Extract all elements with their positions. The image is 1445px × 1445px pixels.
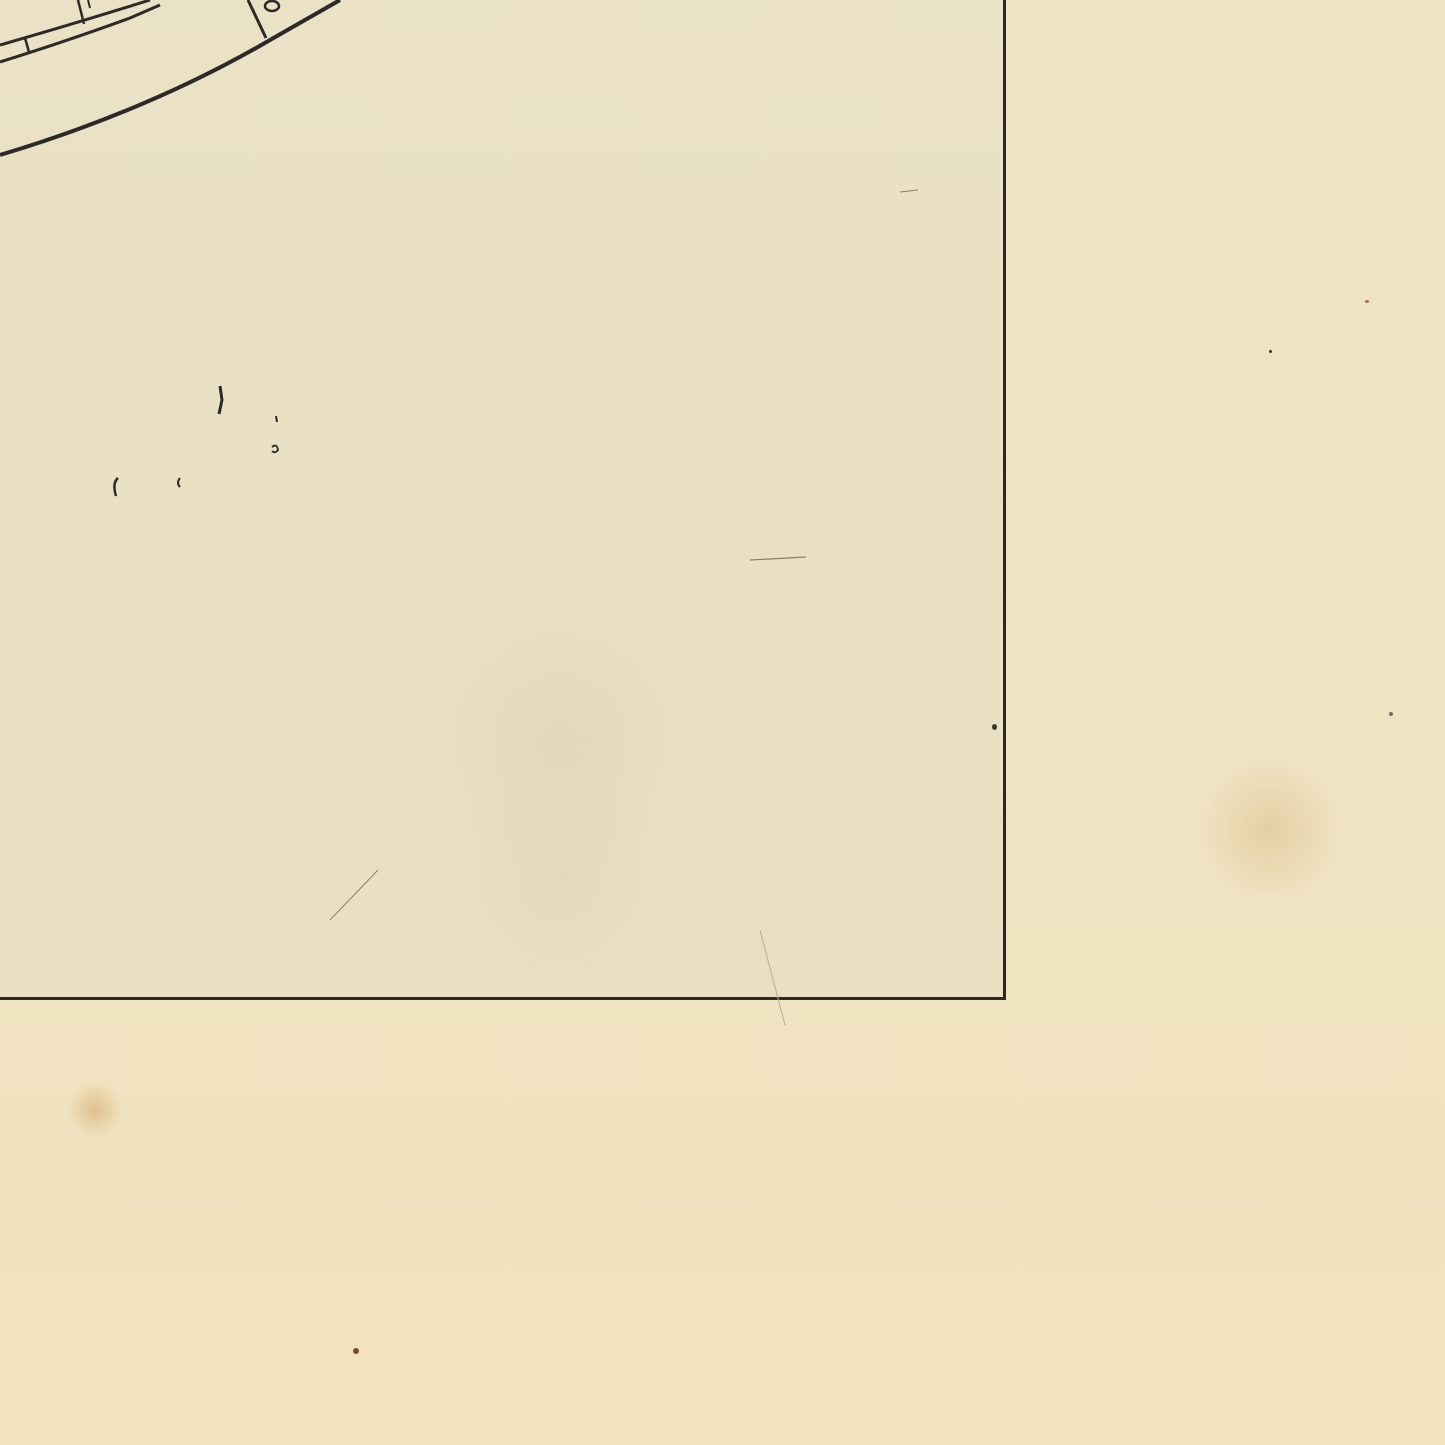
outer-arc — [0, 0, 340, 155]
ink-speck — [1389, 712, 1393, 716]
inner-arc-bottom — [0, 5, 160, 62]
ink-speck — [992, 724, 997, 730]
engraved-lines — [0, 0, 1445, 1445]
ink-speck — [1269, 350, 1272, 353]
paper-sheet: Corner of an engraved plate on aged pape… — [0, 0, 1445, 1445]
ink-speck — [353, 1348, 359, 1354]
ink-speck — [1365, 300, 1369, 303]
